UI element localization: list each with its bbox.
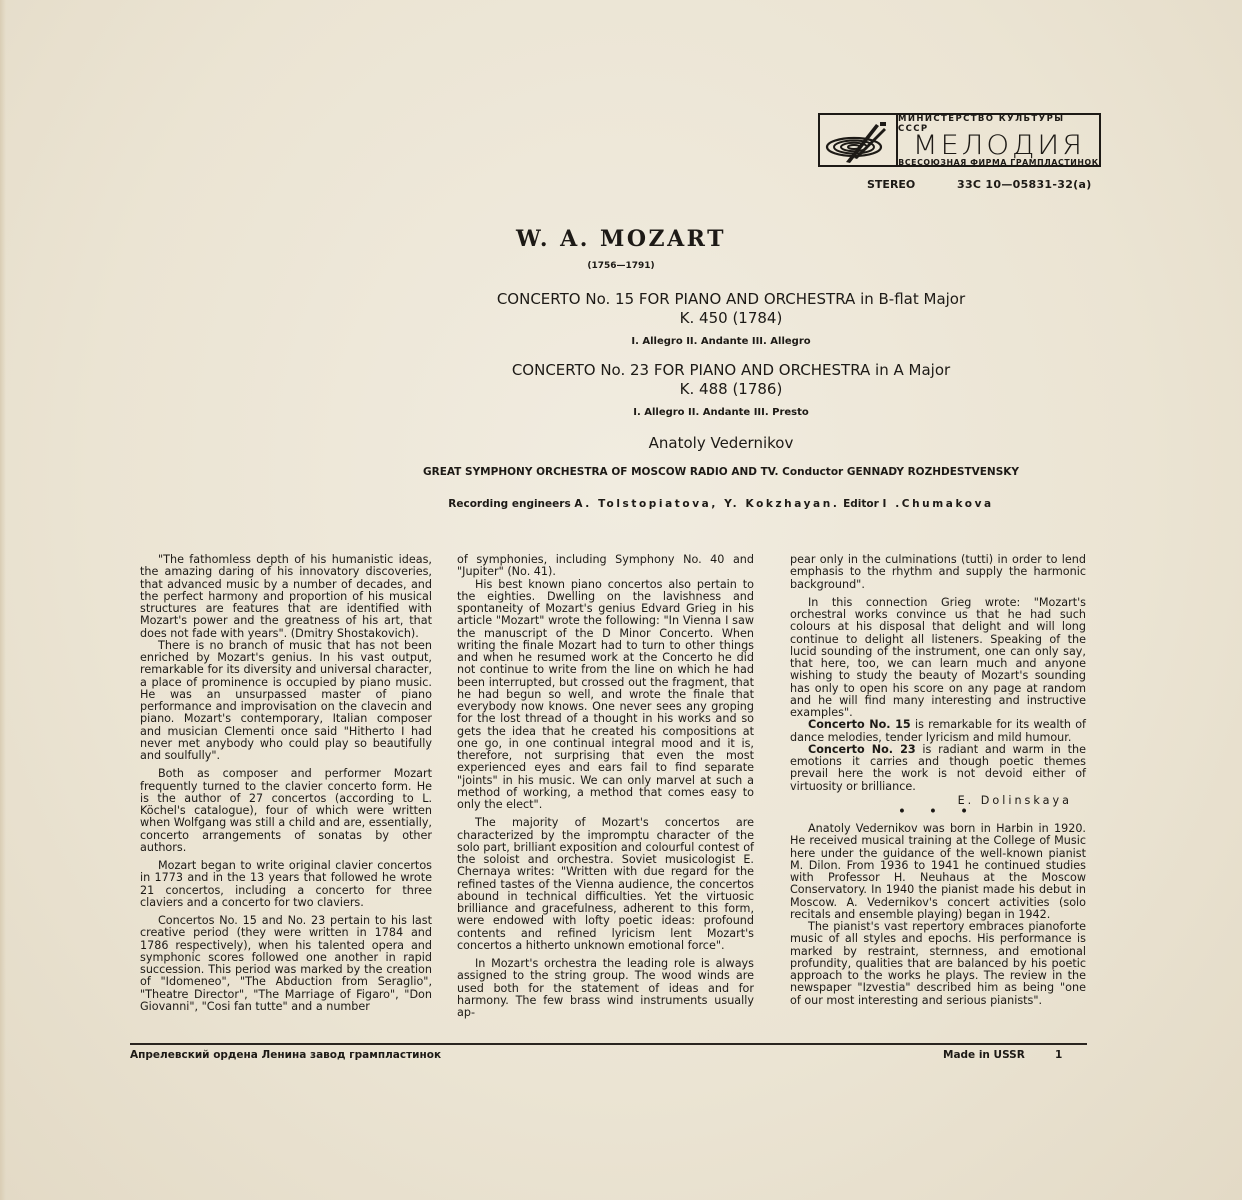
paragraph: Anatoly Vedernikov was born in Harbin in… [790,823,1086,921]
notes-column-1: "The fathomless depth of his humanistic … [140,554,432,1013]
notes-column-3: pear only in the culminations (tutti) in… [790,554,1086,1007]
paragraph: His best known piano concertos also pert… [457,579,754,812]
editor-label: Editor [839,498,882,510]
paragraph: Concerto No. 23 is radiant and warm in t… [790,744,1086,793]
credits-line: Recording engineers A. Tolstopiatova, Y.… [100,498,1242,510]
paragraph: of symphonies, including Symphony No. 40… [457,554,754,579]
section-separator: • • • [790,807,1086,817]
paragraph: In this connection Grieg wrote: "Mozart'… [790,597,1086,720]
orchestra-line: GREAT SYMPHONY ORCHESTRA OF MOSCOW RADIO… [100,466,1242,478]
work-2-name: CONCERTO No. 23 FOR PIANO AND ORCHESTRA … [110,361,1242,380]
work-2-catalog: K. 488 (1786) [110,380,1242,399]
paragraph: Mozart began to write original clavier c… [140,860,432,909]
work-1-title: CONCERTO No. 15 FOR PIANO AND ORCHESTRA … [110,290,1242,328]
work-1-catalog: K. 450 (1784) [110,309,1242,328]
editor-name: I .Chumakova [882,498,993,510]
paragraph: "The fathomless depth of his humanistic … [140,554,432,640]
paragraph: The pianist's vast repertory embraces pi… [790,921,1086,1007]
notes-column-2: of symphonies, including Symphony No. 40… [457,554,754,1019]
paragraph: Concertos No. 15 and No. 23 pertain to h… [140,915,432,1013]
engineers-names: A. Tolstopiatova, Y. Kokzhayan. [574,498,839,510]
work-1-movements: I. Allegro II. Andante III. Allegro [100,336,1242,347]
side-number: 1 [1055,1049,1062,1061]
made-in-label: Made in USSR [943,1049,1025,1061]
catalog-number: 33С 10—05831-32(а) [957,178,1092,191]
concerto-15-ref: Concerto No. 15 [808,718,911,731]
brand-name: МЕЛОДИЯ [912,134,1084,158]
work-2-title: CONCERTO No. 23 FOR PIANO AND ORCHESTRA … [110,361,1242,399]
composer-dates: (1756—1791) [0,261,1242,271]
paragraph: In Mozart's orchestra the leading role i… [457,958,754,1019]
melodiya-logo: МИНИСТЕРСТВО КУЛЬТУРЫ СССР МЕЛОДИЯ ВСЕСО… [818,113,1101,167]
work-2-movements: I. Allegro II. Andante III. Presto [100,407,1242,418]
soloist-name: Anatoly Vedernikov [100,434,1242,452]
orchestra-name: GREAT SYMPHONY ORCHESTRA OF MOSCOW RADIO… [423,466,847,478]
work-1-name: CONCERTO No. 15 FOR PIANO AND ORCHESTRA … [110,290,1242,309]
footer-divider [130,1043,1087,1045]
engineers-label: Recording engineers [448,498,574,510]
paragraph: pear only in the culminations (tutti) in… [790,554,1086,591]
paragraph: The majority of Mozart's concertos are c… [457,817,754,952]
paragraph: Concerto No. 15 is remarkable for its we… [790,719,1086,744]
paragraph: Both as composer and performer Mozart fr… [140,768,432,854]
conductor-name: GENNADY ROZHDESTVENSKY [847,466,1019,478]
paragraph: There is no branch of music that has not… [140,640,432,763]
concerto-23-ref: Concerto No. 23 [808,743,916,756]
sleeve-edge [0,0,6,1200]
record-stylus-icon [820,115,898,165]
stereo-label: STEREO [867,178,915,191]
factory-name: Апрелевский ордена Ленина завод грамплас… [130,1049,441,1061]
composer-title: W. A. MOZART [0,226,1242,252]
